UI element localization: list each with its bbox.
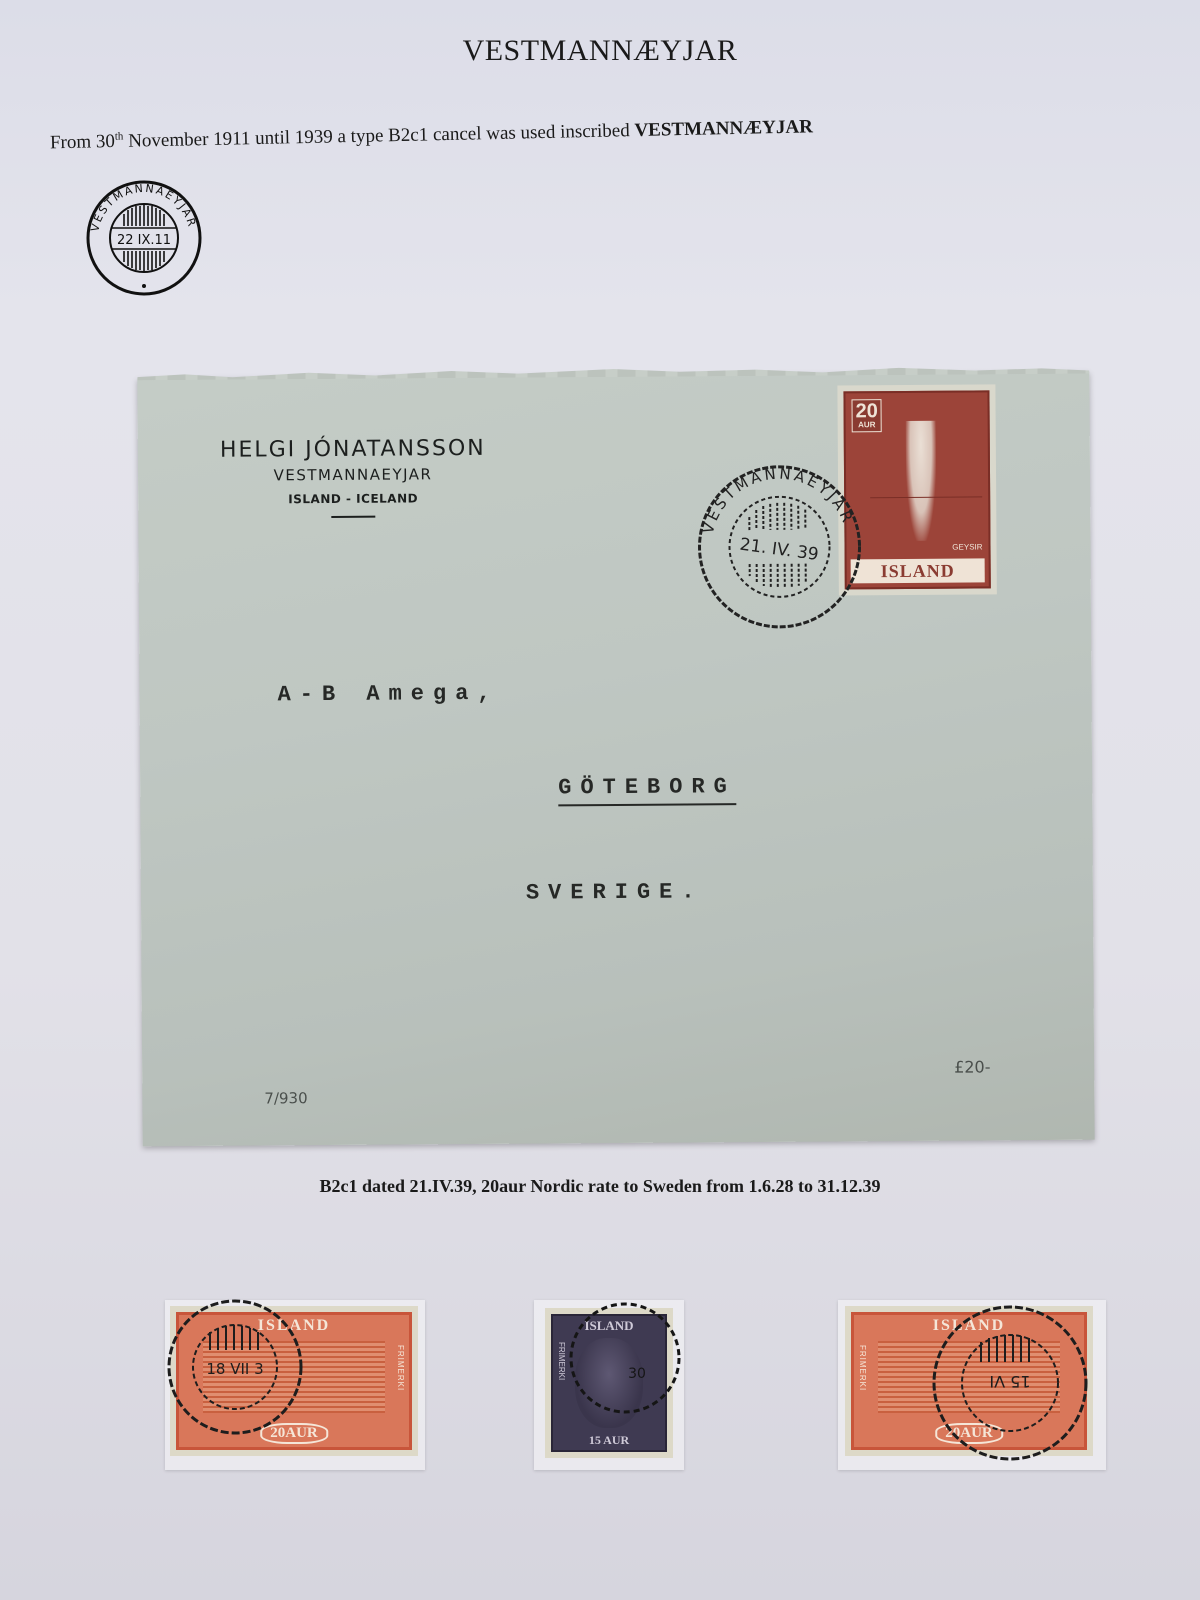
intro-text: From 30th November 1911 until 1939 a typ… <box>50 116 813 154</box>
postmark-cancel: 21. IV. 39 VESTMANNAEYJAR <box>694 461 865 632</box>
sender-rule <box>331 516 375 518</box>
address-name: A-B Amega, <box>277 681 499 708</box>
address-country: SVERIGE. <box>526 879 704 905</box>
stamp-3-side-label: FRIMERKI <box>858 1345 867 1391</box>
stamp-subject: GEYSIR <box>870 542 982 552</box>
stamp-country: ISLAND <box>851 558 985 583</box>
sender-name: HELGI JÓNATANSSON <box>198 436 508 463</box>
stamp-3-value: 20AUR <box>935 1423 1003 1444</box>
stamp-1-value: 20AUR <box>260 1423 328 1444</box>
intro-prefix: From 30 <box>50 131 115 153</box>
stamp-2-country: ISLAND <box>553 1318 665 1334</box>
stamp-3-country: ISLAND <box>854 1317 1084 1335</box>
stamp-1-country: ISLAND <box>179 1317 409 1335</box>
stamp-2-side-label: FRIMERKI <box>557 1342 566 1380</box>
pencil-note-right: £20- <box>954 1057 990 1076</box>
stamp-value-tablet: 20AUR <box>851 399 881 432</box>
cover-envelope: HELGI JÓNATANSSON VESTMANNAEYJAR ISLAND … <box>137 372 1094 1147</box>
intro-middle: November 1911 until 1939 a type B2c1 can… <box>123 120 634 152</box>
sender-imprint: HELGI JÓNATANSSON VESTMANNAEYJAR ISLAND … <box>198 436 509 519</box>
loose-stamp-1: ISLAND FRIMERKI 20AUR 18 VII 3 <box>170 1306 418 1456</box>
pencil-note-left: 7/930 <box>264 1089 307 1107</box>
sender-town: VESTMANNAEYJAR <box>198 465 508 485</box>
building-icon <box>203 1341 385 1413</box>
intro-bold: VESTMANNÆYJAR <box>634 116 813 141</box>
stamp-2-value: 15 AUR <box>553 1433 665 1448</box>
loose-stamp-3: ISLAND FRIMERKI 20AUR 15 VI <box>845 1306 1093 1456</box>
building-icon <box>878 1341 1060 1413</box>
loose-stamp-2: ISLAND FRIMERKI 15 AUR 30 <box>545 1308 673 1458</box>
geyser-icon <box>906 421 937 541</box>
intro-ordinal: th <box>115 130 124 142</box>
stamp-1-side-label: FRIMERKI <box>396 1345 405 1391</box>
page-title: VESTMANNÆYJAR <box>0 34 1200 68</box>
cover-caption: B2c1 dated 21.IV.39, 20aur Nordic rate t… <box>0 1176 1200 1197</box>
sender-country: ISLAND - ICELAND <box>198 491 508 507</box>
reference-cancel-illustration: 22 IX.11 VESTMANNAEYJAR <box>84 178 204 298</box>
postmark-date: 21. IV. 39 <box>738 535 819 565</box>
address-city: GÖTEBORG <box>558 774 736 806</box>
king-portrait-icon <box>575 1338 643 1428</box>
reference-cancel-date: 22 IX.11 <box>117 233 171 248</box>
